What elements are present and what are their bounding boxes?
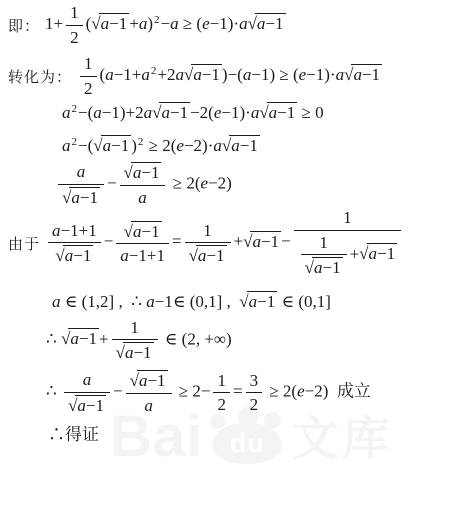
math-text: 1 (84, 54, 93, 73)
formula: a−1+1√a−1−√a−1a−1+1=1√a−1+√a−1−11√a−1+√a… (45, 208, 404, 278)
denominator: a−1+1 (116, 244, 169, 266)
numerator: √a−1 (120, 162, 166, 186)
formula: a2−(a−1)+2a√a−1−2(e−1)·a√a−1 ≥ 0 (62, 102, 324, 123)
formula: 12(a−1+a2+2a√a−1)−(a−1) ≥ (e−1)·a√a−1 (77, 54, 382, 98)
numerator: a (58, 162, 104, 185)
math-text: a−1 (353, 65, 380, 84)
math-text: = (172, 232, 182, 251)
math-text: a−1 (198, 246, 225, 265)
math-text: a ∈ (1,2] , ∴ a−1∈ (0,1] , (52, 292, 239, 311)
sqrt-radical: √a−1 (68, 395, 106, 416)
math-text: 1 (319, 233, 328, 252)
math-line-6: 由于a−1+1√a−1−√a−1a−1+1=1√a−1+√a−1−11√a−1+… (8, 208, 456, 278)
math-line-8: ∴ √a−1+1√a−1 ∈ (2, +∞) (46, 318, 456, 363)
superscript: 2 (151, 65, 157, 77)
math-text: − (107, 174, 117, 193)
math-text: a−1 (133, 163, 160, 182)
math-text: ) (131, 136, 137, 155)
math-text: a (144, 396, 153, 415)
radicand: a−1 (267, 102, 298, 123)
line-label: 即： (8, 15, 40, 36)
math-line-10: ∴得证 (48, 420, 456, 445)
math-text: a−1 (77, 396, 104, 415)
radicand: a−1 (63, 245, 94, 266)
formula: ∴ √a−1+1√a−1 ∈ (2, +∞) (46, 318, 232, 363)
sqrt-radical: √a−1 (61, 328, 99, 349)
math-text: a−1 (103, 136, 130, 155)
radicand: a−1 (131, 162, 162, 183)
math-text: a−1+1 (120, 246, 165, 265)
math-text: 2 (70, 28, 79, 47)
denominator: √a−1 (48, 243, 101, 266)
sqrt-radical: √a−1 (62, 187, 100, 208)
radicand: a−1 (68, 328, 99, 349)
math-text: + (350, 244, 360, 263)
math-text: a (77, 162, 86, 181)
denominator: √a−1 (58, 185, 104, 208)
denominator: 2 (66, 26, 83, 48)
fraction: 12 (213, 371, 230, 415)
radicand: a−1 (247, 291, 278, 312)
math-proof: 即：1+12(√a−1+a)2−a ≥ (e−1)·a√a−1转化为：12(a−… (0, 3, 456, 445)
numerator: √a−1 (116, 221, 169, 245)
numerator: 1 (294, 208, 401, 231)
sqrt-radical: √a−1 (243, 231, 281, 252)
fraction: √a−1a (126, 370, 172, 415)
superscript: 2 (72, 103, 78, 115)
math-text: a−1 (269, 103, 296, 122)
math-text: )−(a−1) ≥ (e−1)·a (222, 65, 344, 84)
formula: 1+12(√a−1+a)2−a ≥ (e−1)·a√a−1 (45, 3, 286, 47)
radicand: a−1 (123, 342, 154, 363)
denominator: 2 (80, 77, 97, 99)
fraction: 12 (66, 3, 83, 47)
math-text: a−1 (249, 292, 276, 311)
math-line-1: 即：1+12(√a−1+a)2−a ≥ (e−1)·a√a−1 (8, 3, 456, 47)
fraction: √a−1a−1+1 (116, 221, 169, 266)
math-text: 3 (250, 371, 259, 390)
radicand: a−1 (69, 187, 100, 208)
formula: ∴得证 (48, 420, 99, 445)
radicand: a−1 (351, 64, 382, 85)
formula: a ∈ (1,2] , ∴ a−1∈ (0,1] , √a−1 ∈ (0,1] (52, 291, 331, 312)
math-text: ∴ (46, 329, 61, 348)
radicand: a−1 (312, 257, 343, 278)
math-text: 1 (203, 221, 212, 240)
fraction: a√a−1 (58, 162, 104, 207)
denominator: a (126, 394, 172, 416)
math-line-4: a2−(√a−1)2 ≥ 2(e−2)·a√a−1 (62, 135, 456, 156)
document-page: 即：1+12(√a−1+a)2−a ≥ (e−1)·a√a−1转化为：12(a−… (0, 3, 456, 505)
math-text: a−1 (133, 222, 160, 241)
math-text: = (233, 381, 243, 400)
radicand: a−1 (75, 395, 106, 416)
math-line-7: a ∈ (1,2] , ∴ a−1∈ (0,1] , √a−1 ∈ (0,1] (52, 291, 456, 312)
math-text: a−1 (70, 329, 97, 348)
math-text: ≥ 2(e−2) (168, 174, 231, 193)
math-text: a (62, 103, 71, 122)
fraction: 32 (246, 371, 263, 415)
sqrt-radical: √a−1 (124, 221, 162, 242)
denominator: a (120, 186, 166, 208)
sqrt-radical: √a−1 (130, 370, 168, 391)
fraction: 12 (80, 54, 97, 98)
math-text: 2 (84, 79, 93, 98)
math-text: a−1 (257, 14, 284, 33)
math-text: 1 (70, 3, 79, 22)
math-line-2: 转化为：12(a−1+a2+2a√a−1)−(a−1) ≥ (e−1)·a√a−… (8, 54, 456, 98)
line-label: 由于 (8, 233, 40, 254)
numerator: 1 (213, 371, 230, 394)
numerator: 3 (246, 371, 263, 394)
sqrt-radical: √a−1 (359, 243, 397, 264)
sqrt-radical: √a−1 (91, 13, 129, 34)
math-text: +2a (157, 65, 184, 84)
fraction: 1√a−1 (112, 318, 158, 363)
sqrt-radical: √a−1 (55, 245, 93, 266)
math-text: ≥ 2(e−2) 成立 (265, 381, 371, 400)
sqrt-radical: √a−1 (189, 245, 227, 266)
fraction: 1√a−1 (185, 221, 231, 266)
math-text: ≥ 2(e−2)·a (144, 136, 222, 155)
denominator: √a−1 (185, 243, 231, 266)
sqrt-radical: √a−1 (222, 135, 260, 156)
math-text: −(a−1)+2a (78, 103, 152, 122)
superscript: 2 (138, 136, 144, 148)
math-line-3: a2−(a−1)+2a√a−1−2(e−1)·a√a−1 ≥ 0 (62, 102, 456, 123)
denominator: √a−1 (64, 393, 110, 416)
sqrt-radical: √a−1 (93, 135, 131, 156)
math-text: ∈ (0,1] (277, 292, 331, 311)
math-line-5: a√a−1−√a−1a ≥ 2(e−2) (55, 162, 456, 207)
numerator: 1 (185, 221, 231, 244)
math-text: a−1 (369, 244, 396, 263)
math-text: a−1 (161, 103, 188, 122)
math-text: a (62, 136, 71, 155)
radicand: a−1 (196, 245, 227, 266)
math-text: 1 (217, 371, 226, 390)
formula: ∴ a√a−1−√a−1a ≥ 2−12=32 ≥ 2(e−2) 成立 (46, 370, 371, 415)
superscript: 2 (72, 136, 78, 148)
formula: a√a−1−√a−1a ≥ 2(e−2) (55, 162, 232, 207)
numerator: √a−1 (126, 370, 172, 394)
radicand: a−1 (255, 13, 286, 34)
numerator: 1 (112, 318, 158, 341)
math-text: (a−1+a (100, 65, 150, 84)
math-text: − (104, 232, 114, 251)
math-text: a (83, 370, 92, 389)
math-text: a−1 (231, 136, 258, 155)
formula: a2−(√a−1)2 ≥ 2(e−2)·a√a−1 (62, 135, 260, 156)
math-text: − (281, 232, 291, 251)
numerator: 1 (66, 3, 83, 26)
numerator: 1 (301, 233, 347, 256)
denominator: 1√a−1+√a−1 (294, 231, 401, 278)
sqrt-radical: √a−1 (344, 64, 382, 85)
math-text: −a ≥ (e−1)·a (160, 14, 247, 33)
math-text: ≥ 2− (175, 381, 211, 400)
math-text: a−1 (101, 14, 128, 33)
fraction: 11√a−1+√a−1 (294, 208, 401, 278)
math-text: ≥ 0 (297, 103, 323, 122)
math-text: ∴得证 (48, 425, 99, 444)
radicand: a−1 (99, 13, 130, 34)
numerator: 1 (80, 54, 97, 77)
denominator: 2 (246, 393, 263, 415)
sqrt-radical: √a−1 (116, 342, 154, 363)
math-text: ∈ (2, +∞) (161, 329, 232, 348)
line-label: 转化为： (8, 66, 72, 87)
sqrt-radical: √a−1 (184, 64, 222, 85)
numerator: a−1+1 (48, 221, 101, 244)
math-text: a−1 (193, 65, 220, 84)
math-text: + (234, 232, 244, 251)
fraction: a√a−1 (64, 370, 110, 415)
math-text: −( (78, 136, 93, 155)
sqrt-radical: √a−1 (259, 102, 297, 123)
math-text: 1 (343, 208, 352, 227)
math-text: a−1 (71, 188, 98, 207)
numerator: a (64, 370, 110, 393)
math-text: +a) (129, 14, 153, 33)
radicand: a−1 (191, 64, 222, 85)
radicand: a−1 (137, 370, 168, 391)
math-text: 1+ (45, 14, 63, 33)
denominator: 2 (213, 393, 230, 415)
radicand: a−1 (101, 135, 132, 156)
math-text: a−1 (65, 246, 92, 265)
math-text: a−1+1 (52, 221, 97, 240)
superscript: 2 (154, 14, 160, 26)
radicand: a−1 (250, 231, 281, 252)
math-text: a−1 (314, 258, 341, 277)
fraction: √a−1a (120, 162, 166, 207)
math-text: ∴ (46, 381, 61, 400)
sqrt-radical: √a−1 (248, 13, 286, 34)
radicand: a−1 (367, 243, 398, 264)
fraction: 1√a−1 (301, 233, 347, 278)
radicand: a−1 (131, 221, 162, 242)
math-text: 2 (250, 395, 259, 414)
fraction: a−1+1√a−1 (48, 221, 101, 266)
math-text: + (99, 329, 109, 348)
sqrt-radical: √a−1 (152, 102, 190, 123)
math-text: −2(e−1)·a (190, 103, 259, 122)
sqrt-radical: √a−1 (124, 162, 162, 183)
math-text: a−1 (252, 232, 279, 251)
radicand: a−1 (229, 135, 260, 156)
math-text: a−1 (139, 371, 166, 390)
math-line-9: ∴ a√a−1−√a−1a ≥ 2−12=32 ≥ 2(e−2) 成立 (46, 370, 456, 415)
math-text: − (113, 381, 123, 400)
sqrt-radical: √a−1 (305, 257, 343, 278)
math-text: a (138, 188, 147, 207)
math-text: a−1 (125, 343, 152, 362)
math-text: 2 (217, 395, 226, 414)
math-text: 1 (130, 318, 139, 337)
denominator: √a−1 (301, 255, 347, 278)
denominator: √a−1 (112, 340, 158, 363)
sqrt-radical: √a−1 (239, 291, 277, 312)
radicand: a−1 (159, 102, 190, 123)
